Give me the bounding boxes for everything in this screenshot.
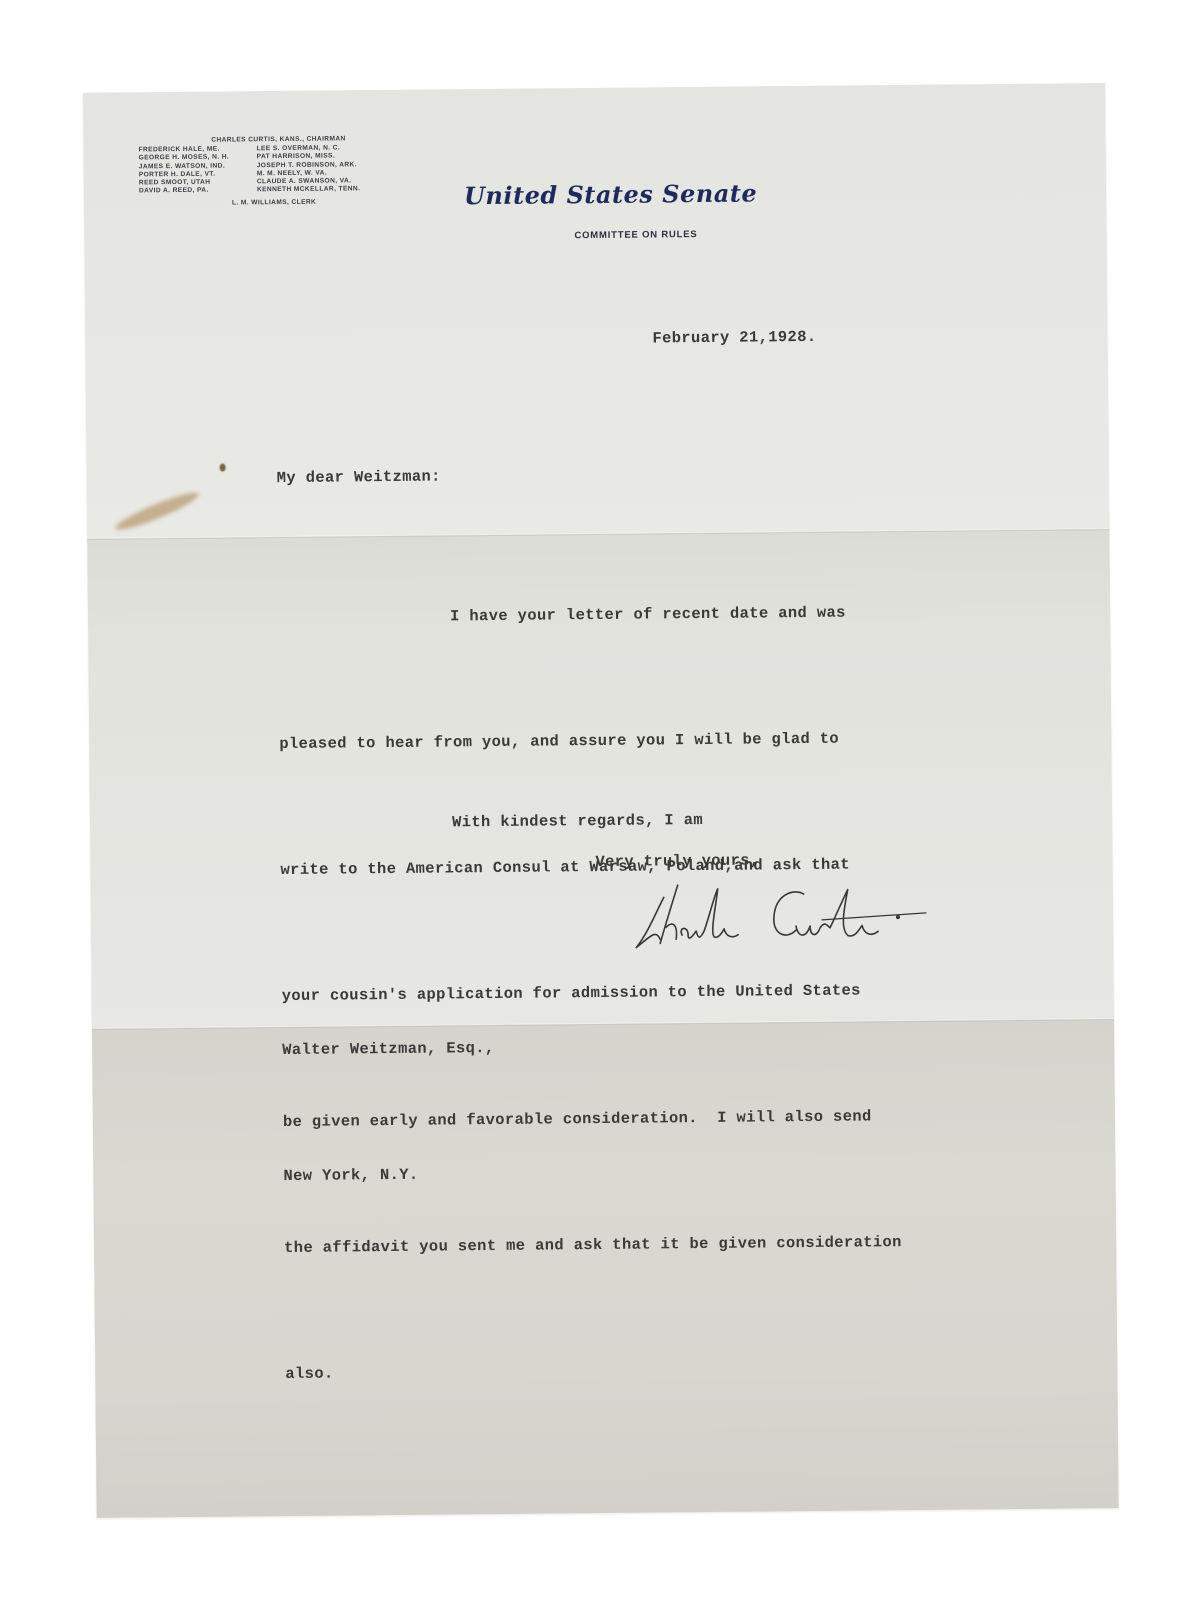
member-name: M. M. Neely, W. Va. [257, 169, 397, 177]
signature [626, 875, 947, 958]
member-name: Lee S. Overman, N. C. [257, 144, 397, 152]
members-grid: Frederick Hale, Me. Lee S. Overman, N. C… [139, 144, 399, 195]
member-name: George H. Moses, N. H. [139, 154, 257, 162]
member-name: Pat Harrison, Miss. [257, 152, 397, 160]
member-name: Claude A. Swanson, Va. [257, 177, 397, 185]
member-name: Joseph T. Robinson, Ark. [257, 160, 397, 168]
letter-date: February 21,1928. [652, 328, 816, 348]
member-name: David A. Reed, Pa. [139, 187, 257, 195]
closing-line: With kindest regards, I am [452, 811, 703, 831]
member-name: Frederick Hale, Me. [139, 145, 257, 153]
member-name: Kenneth McKellar, Tenn. [257, 185, 397, 193]
committee-roster: Charles Curtis, Kans., Chairman Frederic… [138, 135, 399, 208]
body-line: pleased to hear from you, and assure you… [279, 717, 897, 765]
body-line: I have your letter of recent date and wa… [278, 591, 896, 639]
committee-name: COMMITTEE ON RULES [574, 229, 697, 241]
salutation: My dear Weitzman: [277, 467, 441, 487]
member-name: Porter H. Dale, Vt. [139, 170, 257, 178]
recipient-city: New York, N.Y. [283, 1153, 496, 1197]
recipient-name: Walter Weitzman, Esq., [282, 1027, 495, 1071]
valediction: Very truly yours, [595, 851, 759, 871]
letter-sheet: Charles Curtis, Kans., Chairman Frederic… [83, 83, 1119, 1518]
signature-icon [626, 875, 947, 958]
chairman-line: Charles Curtis, Kans., Chairman [138, 135, 398, 144]
member-name: Reed Smoot, Utah [139, 178, 257, 186]
body-line: also. [285, 1347, 903, 1395]
recipient-block: Walter Weitzman, Esq., New York, N.Y. [281, 943, 497, 1281]
letterhead-title: United States Senate [464, 178, 757, 210]
ink-spot [220, 464, 226, 472]
member-name: James E. Watson, Ind. [139, 162, 257, 170]
